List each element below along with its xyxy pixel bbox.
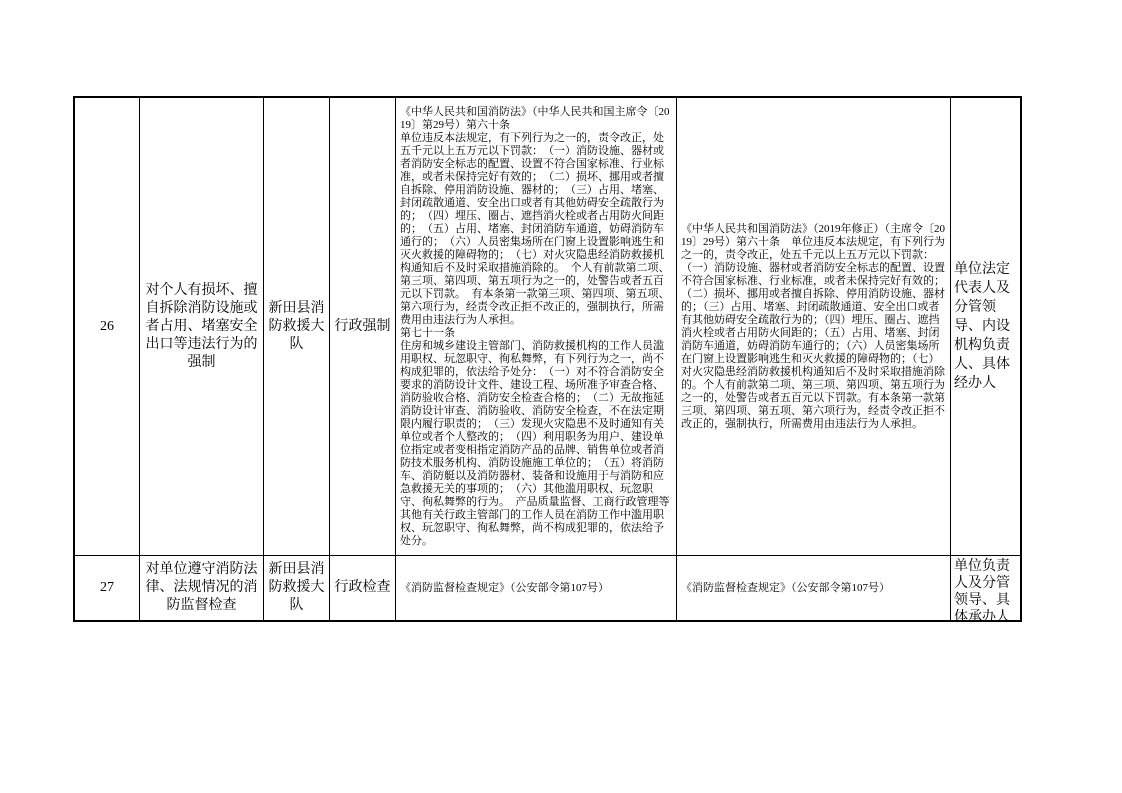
document-page: 26 对个人有损坏、擅自拆除消防设施或者占用、堵塞安全出口等违法行为的强制 新田… [0, 0, 1122, 793]
cell-responsible-persons: 单位法定代表人及分管领导、内设机构负责人、具体经办人 [951, 98, 1020, 556]
cell-legal-basis-secondary: 《中华人民共和国消防法》（2019年修正）（主席令〔2019〕29号）第六十条 … [677, 98, 951, 556]
cell-power-type: 行政检查 [330, 556, 396, 620]
cell-implementing-agency: 新田县消防救援大队 [264, 98, 330, 556]
cell-implementing-agency: 新田县消防救援大队 [264, 556, 330, 620]
cell-item-name: 对个人有损坏、擅自拆除消防设施或者占用、堵塞安全出口等违法行为的强制 [140, 98, 264, 556]
cell-power-type: 行政强制 [330, 98, 396, 556]
power-list-table: 26 对个人有损坏、擅自拆除消防设施或者占用、堵塞安全出口等违法行为的强制 新田… [73, 96, 1022, 622]
cell-responsible-persons: 单位负责人及分管领导、具体承办人 [951, 556, 1020, 620]
cell-row-number: 26 [75, 98, 140, 556]
cell-row-number: 27 [75, 556, 140, 620]
cell-legal-basis-secondary: 《消防监督检查规定》（公安部令第107号） [677, 556, 951, 620]
cell-legal-basis-primary: 《中华人民共和国消防法》（中华人民共和国主席令〔2019〕第29号）第六十条 单… [396, 98, 677, 556]
cell-item-name: 对单位遵守消防法律、法规情况的消防监督检查 [140, 556, 264, 620]
cell-legal-basis-primary: 《消防监督检查规定》（公安部令第107号） [396, 556, 677, 620]
